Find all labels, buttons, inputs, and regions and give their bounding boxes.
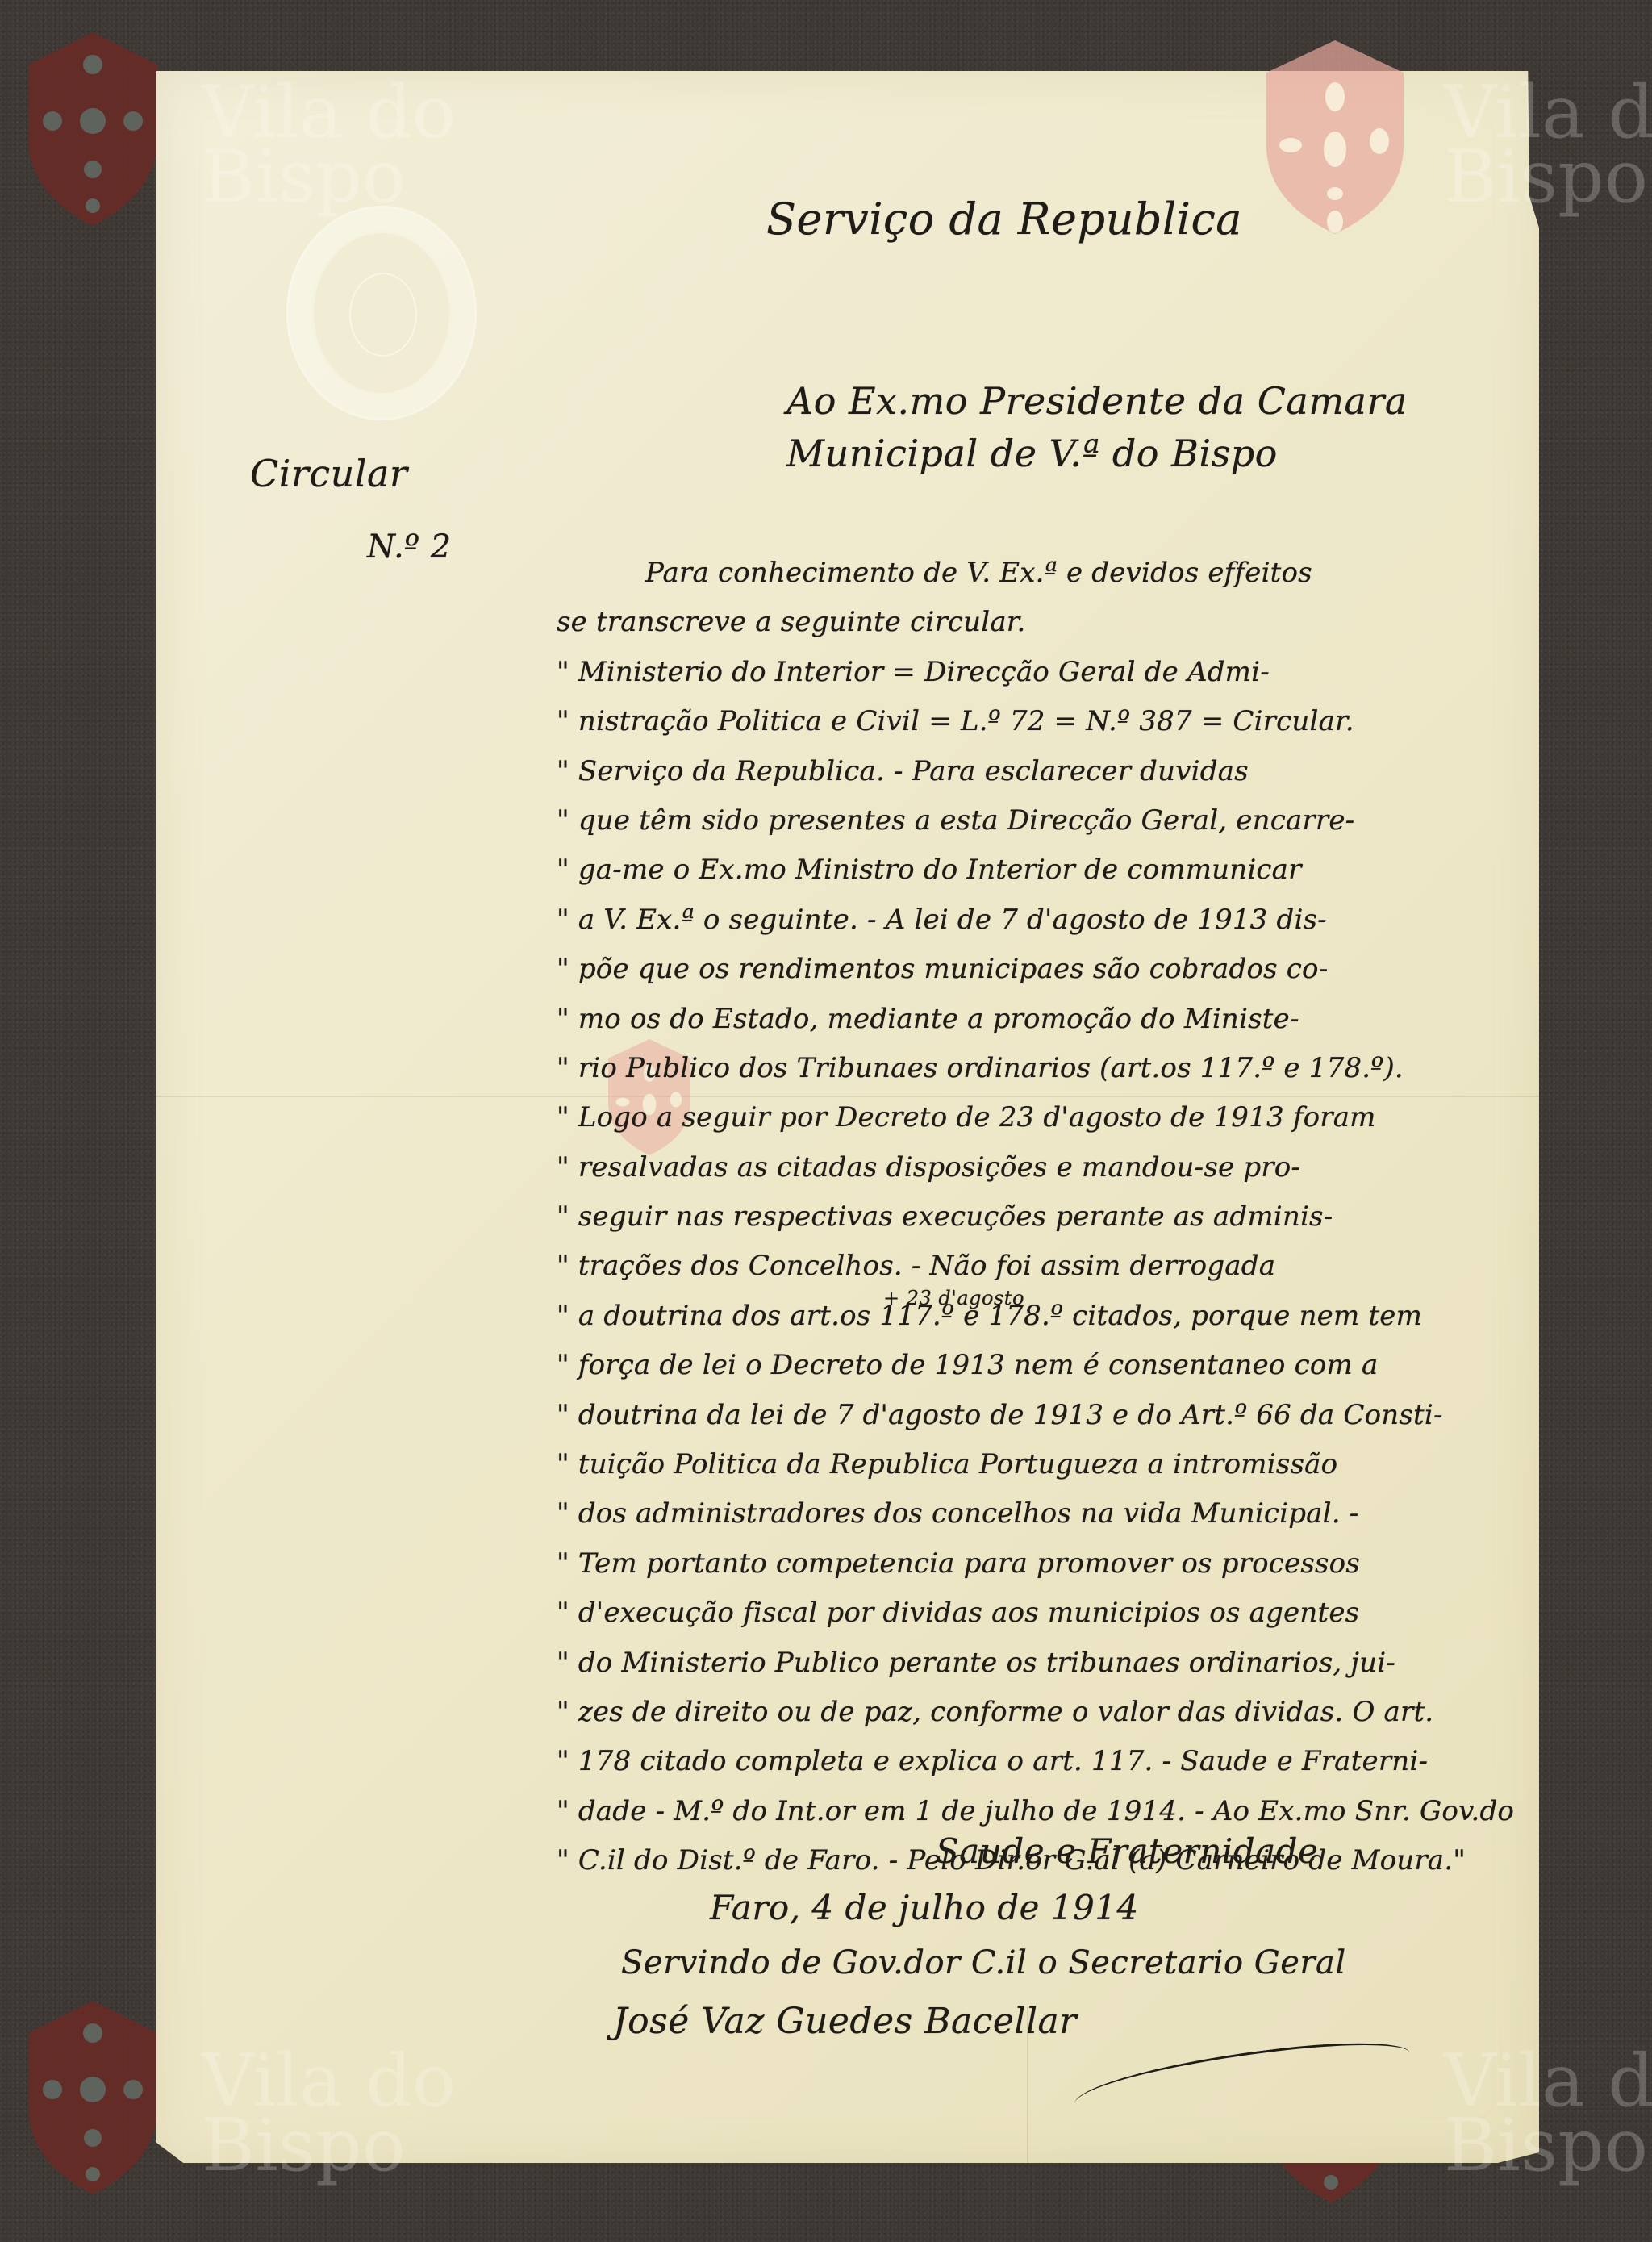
watermark-shield-top-right (1254, 40, 1416, 234)
addressee-line: Ao Ex.mo Presidente da Camara (786, 379, 1408, 423)
body-line: " força de lei o Decreto de 1913 nem é c… (557, 1341, 1516, 1390)
body-line: " resalvadas as citadas disposições e ma… (557, 1143, 1516, 1192)
body-line: " zes de direito ou de paz, conforme o v… (557, 1688, 1516, 1737)
signature: José Vaz Guedes Bacellar (613, 2001, 1077, 2042)
margin-label-circular: Circular (250, 452, 407, 495)
body-line: " trações dos Concelhos. - Não foi assim… (557, 1242, 1516, 1291)
body-line: " rio Publico dos Tribunaes ordinarios (… (557, 1044, 1516, 1093)
signoff-line: Servindo de Gov.dor C.il o Secretario Ge… (621, 1944, 1346, 1981)
body-line: " que têm sido presentes a esta Direcção… (557, 796, 1516, 845)
circular-body: Para conhecimento de V. Ex.ª e devidos e… (557, 549, 1516, 1886)
closing-salutation: Saude e Fraternidade (936, 1831, 1318, 1871)
body-line: " d'execução fiscal por dividas aos muni… (557, 1589, 1516, 1638)
margin-circular-number: N.º 2 (367, 528, 452, 566)
body-line: " ga-me o Ex.mo Ministro do Interior de … (557, 845, 1516, 895)
body-line: Para conhecimento de V. Ex.ª e devidos e… (557, 549, 1516, 598)
body-line: " seguir nas respectivas execuções peran… (557, 1192, 1516, 1242)
body-line: se transcreve a seguinte circular. (557, 598, 1516, 647)
seal-center (349, 273, 417, 357)
body-line: " do Ministerio Publico perante os tribu… (557, 1639, 1516, 1688)
body-line: " 178 citado completa e explica o art. 1… (557, 1737, 1516, 1786)
embossed-seal (286, 206, 477, 420)
body-line: " a doutrina dos art.os 117.º e 178.º ci… (557, 1292, 1516, 1341)
body-line: " põe que os rendimentos municipaes são … (557, 945, 1516, 994)
body-line: " dos administradores dos concelhos na v… (557, 1489, 1516, 1539)
body-line: " a V. Ex.ª o seguinte. - A lei de 7 d'a… (557, 896, 1516, 945)
watermark-shield-bottom-left (12, 2001, 173, 2194)
watermark-shield-top-left (12, 32, 173, 226)
body-line: " doutrina da lei de 7 d'agosto de 1913 … (557, 1391, 1516, 1440)
document-heading: Serviço da Republica (766, 194, 1242, 244)
body-line: " tuição Politica da Republica Portuguez… (557, 1440, 1516, 1489)
interlinear-insertion: + 23 d'agosto (883, 1287, 1024, 1309)
body-line: " Logo a seguir por Decreto de 23 d'agos… (557, 1093, 1516, 1142)
body-line: " dade - M.º do Int.or em 1 de julho de … (557, 1787, 1516, 1836)
body-line: " mo os do Estado, mediante a promoção d… (557, 995, 1516, 1044)
place-and-date: Faro, 4 de julho de 1914 (710, 1888, 1139, 1927)
body-line: " Serviço da Republica. - Para esclarece… (557, 747, 1516, 796)
addressee-line: Municipal de V.ª do Bispo (786, 432, 1278, 475)
body-line: " Tem portanto competencia para promover… (557, 1539, 1516, 1589)
body-line: " Ministerio do Interior = Direcção Gera… (557, 648, 1516, 697)
body-line: " nistração Politica e Civil = L.º 72 = … (557, 697, 1516, 746)
